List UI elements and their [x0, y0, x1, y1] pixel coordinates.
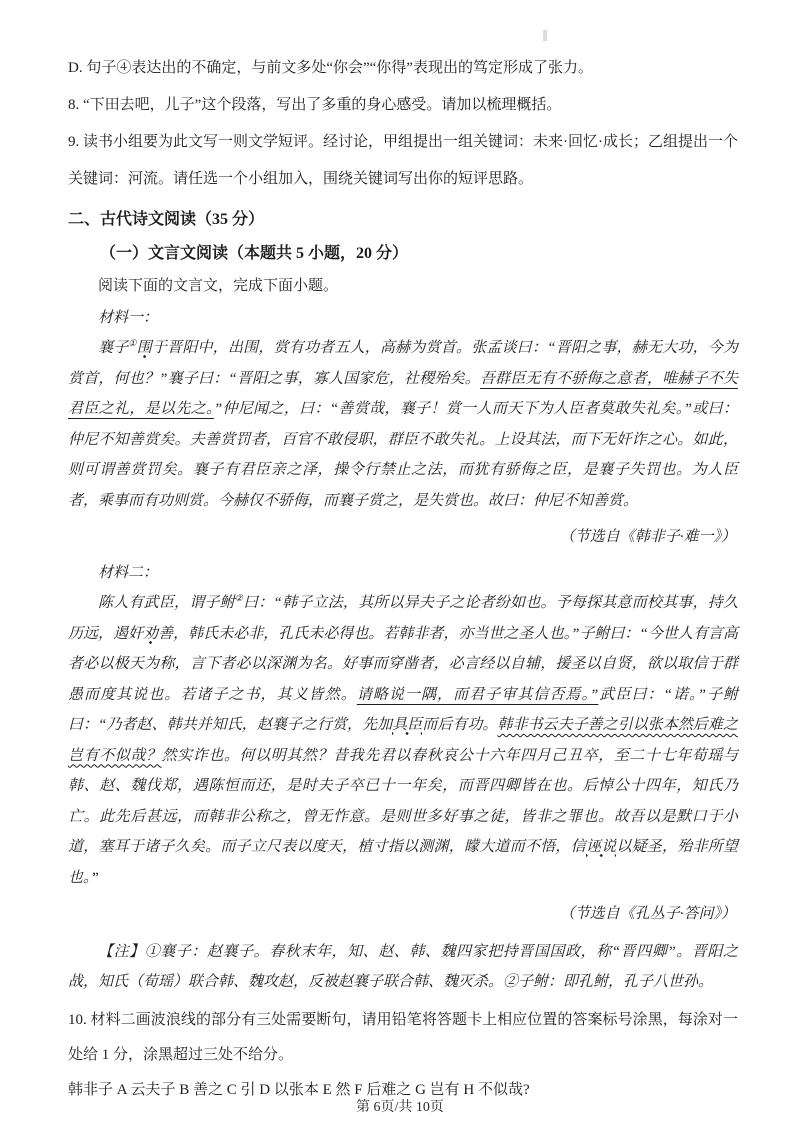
m2-text: 而后有功。 — [422, 717, 497, 733]
exam-page: D. 句子④表达出的不确定，与前文多处“你会”“你得”表现出的笃定形成了张力。 … — [0, 0, 800, 1108]
m1-text: 襄子 — [98, 340, 128, 356]
footnote-ref-2: ② — [235, 593, 243, 603]
question-10: 10. 材料二画波浪线的部分有三处需要断句，请用铅笔将答题卡上相应位置的答案标号… — [68, 1003, 738, 1073]
reading-intro: 阅读下面的文言文，完成下面小题。 — [68, 271, 738, 301]
m2-emphasis-dot-chars: 具臣 — [392, 717, 422, 736]
material-two-source: （节选自《孔丛子·答问》） — [68, 899, 736, 929]
m2-underlined-text: 请略说一隅，而君子审其信否焉。” — [357, 687, 599, 703]
option-d: D. 句子④表达出的不确定，与前文多处“你会”“你得”表现出的笃定形成了张力。 — [68, 50, 738, 87]
m2-emphasis-dot-char: 劝 — [143, 626, 158, 645]
material-one-source: （节选自《韩非子·难一》） — [68, 522, 736, 552]
footnote-ref-1: ① — [128, 338, 136, 348]
page-number: 第 6页/共 10页 — [0, 1096, 800, 1116]
m1-text: ”仲尼闻之，曰：“善赏哉，襄子！赏一人而天下为人臣者莫敢失礼矣。”或曰：仲尼不知… — [68, 401, 738, 509]
scan-artifact-mark — [543, 30, 547, 41]
m2-text: 陈人有武臣，谓子鲋 — [98, 595, 235, 611]
question-9: 9. 读书小组要为此文写一则文学短评。经讨论，甲组提出一组关键词：未来·回忆·成… — [68, 124, 738, 198]
section-title: 二、古代诗文阅读（35 分） — [68, 205, 738, 235]
material-two-paragraph: 陈人有武臣，谓子鲋②曰：“韩子立法，其所以异夫子之论者纷如也。予每探其意而校其事… — [68, 588, 738, 893]
question-8: 8. “下田去吧，儿子”这个段落，写出了多重的身心感受。请加以梳理概括。 — [68, 87, 738, 124]
material-two-label: 材料二： — [68, 558, 738, 588]
material-one-label: 材料一： — [68, 303, 738, 333]
footnotes: 【注】①襄子：赵襄子。春秋末年，知、赵、韩、魏四家把持晋国国政，称“晋四卿”。晋… — [68, 937, 738, 997]
material-one-paragraph: 襄子①围于晋阳中，出围，赏有功者五人，高赫为赏首。张孟谈曰：“晋阳之事，赫无大功… — [68, 333, 738, 516]
m1-emphasis-dot-char: 围 — [137, 340, 152, 359]
m2-emphasis-dot-chars: 诬说 — [586, 839, 616, 858]
section-subtitle: （一）文言文阅读（本题共 5 小题，20 分） — [68, 239, 738, 269]
